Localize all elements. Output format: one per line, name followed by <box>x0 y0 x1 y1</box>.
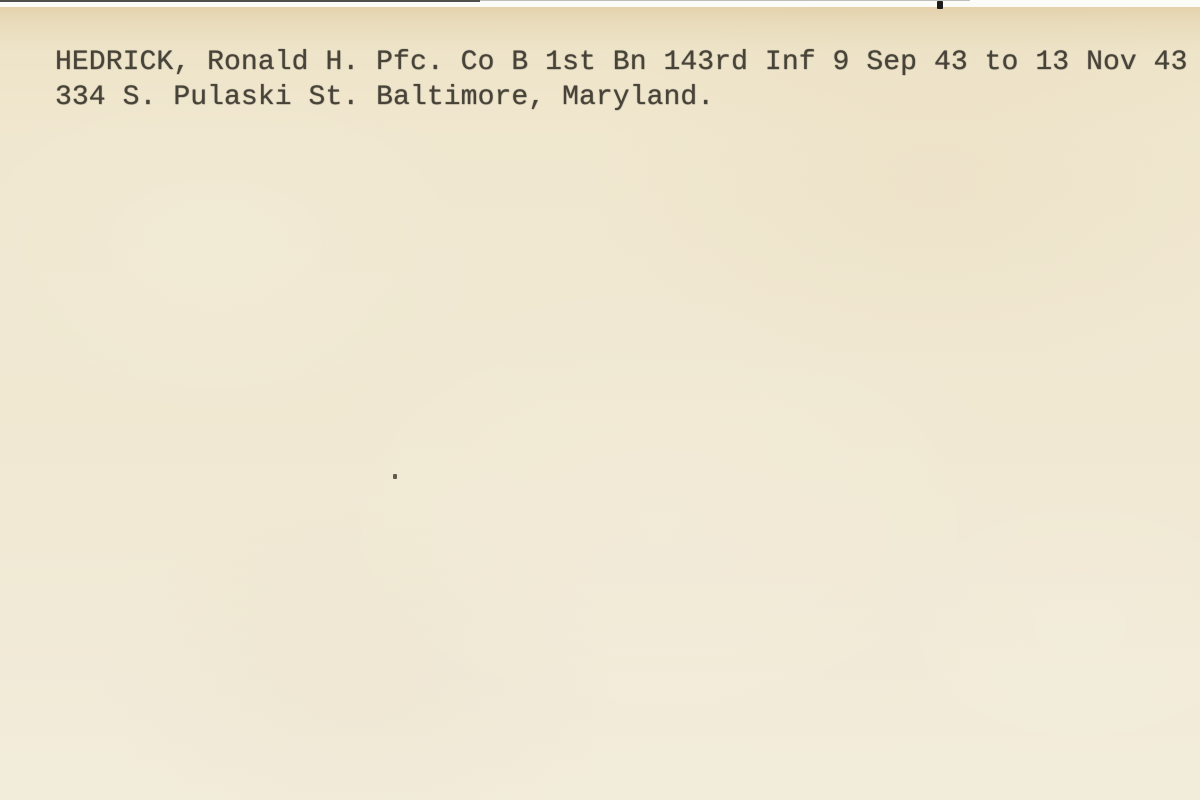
scan-edge-line <box>0 0 480 2</box>
scan-tick-mark <box>937 1 943 9</box>
paper-speck <box>393 474 397 479</box>
scan-edge-line-faint <box>480 0 970 1</box>
typewritten-text-block: HEDRICK, Ronald H. Pfc. Co B 1st Bn 143r… <box>55 45 1200 115</box>
typewritten-line-2: 334 S. Pulaski St. Baltimore, Maryland. <box>55 80 1200 115</box>
typewritten-line-1: HEDRICK, Ronald H. Pfc. Co B 1st Bn 143r… <box>55 45 1200 80</box>
index-card: HEDRICK, Ronald H. Pfc. Co B 1st Bn 143r… <box>0 7 1200 800</box>
